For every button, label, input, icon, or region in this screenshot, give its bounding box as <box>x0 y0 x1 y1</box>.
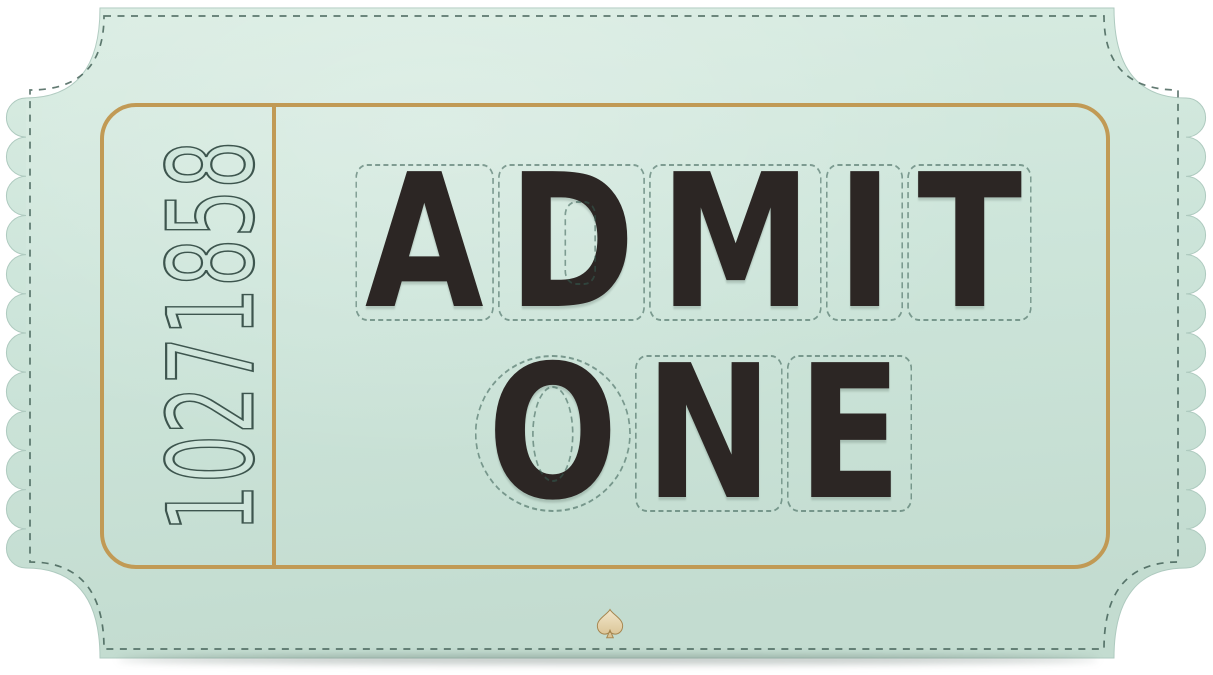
applique-letter-n: N <box>635 355 783 512</box>
applique-letter-m: M <box>649 164 822 321</box>
drop-shadow <box>118 655 1098 664</box>
applique-letter-i: I <box>826 164 903 321</box>
applique-letter-t: T <box>907 164 1032 321</box>
one-text-row: O N E <box>348 355 1039 512</box>
admit-text-row: A D M I T <box>348 164 1039 321</box>
applique-letter-e: E <box>787 355 912 512</box>
product-photo-admit-one-ticket-clutch: 10271858 A D M I T O N E <box>0 0 1213 675</box>
stitch-detail <box>532 386 574 482</box>
letter-glyph: I <box>836 175 893 310</box>
spade-shape <box>597 609 622 637</box>
applique-letter-a: A <box>355 164 494 321</box>
serial-number: 10271858 <box>170 140 257 533</box>
letter-glyph: M <box>659 175 812 310</box>
letter-glyph: A <box>365 175 484 310</box>
applique-letter-o: O <box>475 355 630 512</box>
letter-glyph: T <box>917 175 1022 310</box>
applique-letter-d: D <box>498 164 645 321</box>
stitch-detail <box>564 201 596 285</box>
letter-glyph: E <box>797 366 902 501</box>
letter-glyph: N <box>645 366 774 501</box>
spade-logo-icon <box>593 607 627 640</box>
